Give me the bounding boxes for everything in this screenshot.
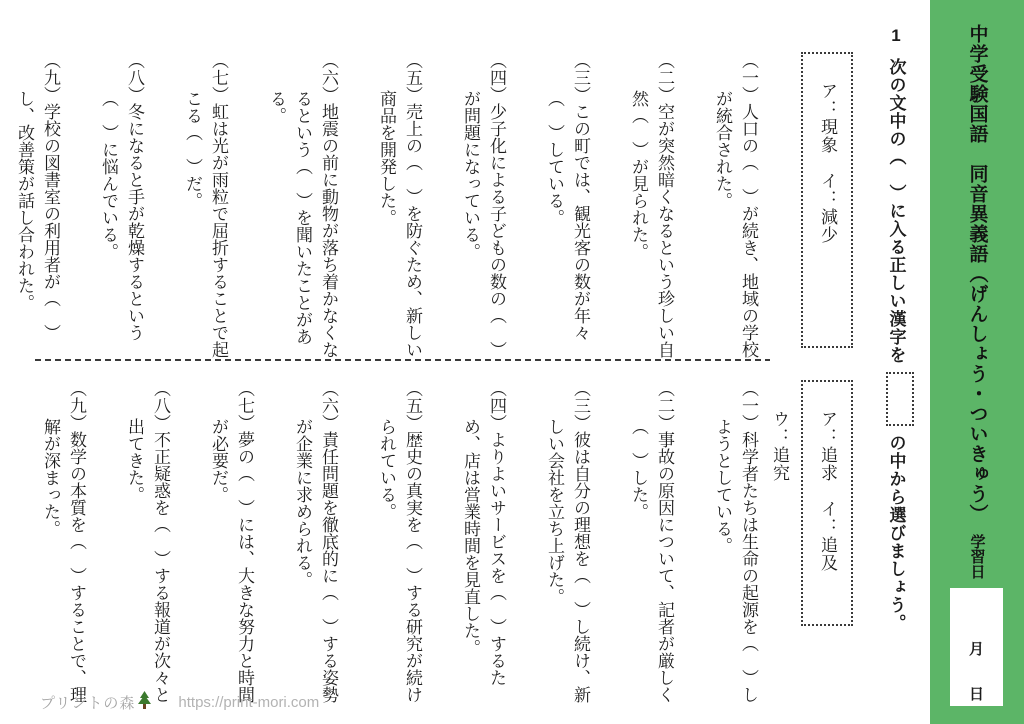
item-text: 地震の前に動物が落ち着かなくなるという（ ）を聞いたことがある。 [267, 90, 338, 358]
item-text: 夢の（ ）には、大きな努力と時間が必要だ。 [209, 418, 254, 703]
choice-list-text: ア：現象 イ：減少 [818, 82, 837, 244]
question-item: （九）学校の図書室の利用者が（ ）し、改善策が話し合われた。 [11, 52, 63, 358]
tree-icon [137, 691, 152, 713]
choice-list-text: ア：追求 イ：追及 ウ：追究 [770, 410, 837, 590]
item-number: （三） [571, 380, 590, 431]
item-text: 少子化による子どもの数の（ ）が問題になっている。 [461, 90, 506, 358]
question-item: （二）事故の原因について、記者が厳しく（ ）した。 [625, 380, 677, 705]
item-text: 冬になると手が乾燥するという（ ）に悩んでいる。 [99, 90, 144, 341]
question-item: （四）少子化による子どもの数の（ ）が問題になっている。 [457, 52, 509, 358]
item-number: （二） [655, 380, 674, 431]
question-item: （四）よりよいサービスを（ ）するため、店は営業時間を見直した。 [457, 380, 509, 705]
item-number: （二） [655, 52, 674, 103]
item-number: （一） [739, 380, 758, 431]
choices-box: ア：現象 イ：減少 [801, 52, 853, 348]
item-text: 事故の原因について、記者が厳しく（ ）した。 [629, 418, 674, 703]
item-text: よりよいサービスを（ ）するため、店は営業時間を見直した。 [461, 418, 506, 686]
question-item: （一）人口の（ ）が続き、地域の学校が統合された。 [709, 52, 761, 358]
question-item: （三）彼は自分の理想を（ ）し続け、新しい会社を立ち上げた。 [541, 380, 593, 705]
choices-box: ア：追求 イ：追及 ウ：追究 [801, 380, 853, 626]
section-tsuikyuu: ア：追求 イ：追及 ウ：追究 （一）科学者たちは生命の起源を（ ）しようとしてい… [35, 380, 853, 705]
item-number: （五） [403, 380, 422, 431]
item-text: 歴史の真実を（ ）する研究が続けられている。 [377, 418, 422, 703]
item-number: （四） [487, 380, 506, 431]
item-number: （八） [125, 52, 144, 103]
item-text: 彼は自分の理想を（ ）し続け、新しい会社を立ち上げた。 [545, 418, 590, 703]
green-banner: 中学受験国語 同音異義語（げんしょう・ついきゅう） 学習日 月 日 [930, 0, 1024, 724]
item-text: 虹は光が雨粒で屈折することで起こる（ ）だ。 [183, 90, 228, 358]
item-number: （一） [739, 52, 758, 103]
question-number: 1 [887, 26, 906, 46]
date-entry-box: 月 日 [950, 588, 1003, 706]
item-number: （三） [571, 52, 590, 103]
content-area: ア：現象 イ：減少 （一）人口の（ ）が続き、地域の学校が統合された。 （二）空… [35, 50, 853, 710]
item-number: （四） [487, 52, 506, 103]
day-label: 日 [969, 683, 984, 704]
question-item: （二）空が突然暗くなるという珍しい自然（ ）が見られた。 [625, 52, 677, 358]
site-name: プリントの森 [40, 692, 135, 713]
question-item: （九）数学の本質を（ ）することで、理解が深まった。 [37, 380, 89, 705]
item-text: この町では、観光客の数が年々（ ）している。 [545, 90, 590, 341]
site-url: https://print-mori.com [178, 694, 319, 711]
item-number: （九） [41, 52, 60, 103]
question-item: （一）科学者たちは生命の起源を（ ）しようとしている。 [709, 380, 761, 705]
study-date-label: 学習日 [967, 534, 988, 579]
question-item: （五）売上の（ ）を防ぐため、新しい商品を開発した。 [373, 52, 425, 358]
item-text: 売上の（ ）を防ぐため、新しい商品を開発した。 [377, 90, 422, 358]
question-item: （七）虹は光が雨粒で屈折することで起こる（ ）だ。 [179, 52, 231, 358]
footer: プリントの森 https://print-mori.com [40, 691, 319, 713]
instruction-text-before: 次の文中の（ ）に入る正しい漢字を [887, 58, 906, 364]
worksheet-title: 中学受験国語 同音異義語（げんしょう・ついきゅう） [964, 24, 991, 524]
question-item: （八）不正疑惑を（ ）する報道が次々と出てきた。 [121, 380, 173, 705]
item-number: （九） [67, 380, 86, 431]
question-item: （六）地震の前に動物が落ち着かなくなるという（ ）を聞いたことがある。 [263, 52, 341, 358]
item-text: 学校の図書室の利用者が（ ）し、改善策が話し合われた。 [15, 90, 60, 341]
question-item: （七）夢の（ ）には、大きな努力と時間が必要だ。 [205, 380, 257, 705]
worksheet-page: 中学受験国語 同音異義語（げんしょう・ついきゅう） 学習日 月 日 1次の文中の… [0, 0, 1024, 724]
question-item: （八）冬になると手が乾燥するという（ ）に悩んでいる。 [95, 52, 147, 358]
item-text: 責任問題を徹底的に（ ）する姿勢が企業に求められる。 [293, 418, 338, 703]
item-number: （五） [403, 52, 422, 103]
item-text: 空が突然暗くなるという珍しい自然（ ）が見られた。 [629, 90, 674, 358]
item-number: （七） [209, 52, 228, 103]
item-text: 人口の（ ）が続き、地域の学校が統合された。 [713, 90, 758, 358]
item-number: （六） [319, 52, 338, 103]
item-text: 科学者たちは生命の起源を（ ）しようとしている。 [713, 418, 758, 703]
inline-answer-blank-box [886, 372, 914, 426]
month-label: 月 [969, 638, 984, 659]
section-genshou: ア：現象 イ：減少 （一）人口の（ ）が続き、地域の学校が統合された。 （二）空… [35, 52, 853, 358]
section-divider [35, 359, 770, 361]
question-item: （五）歴史の真実を（ ）する研究が続けられている。 [373, 380, 425, 705]
question-item: （六）責任問題を徹底的に（ ）する姿勢が企業に求められる。 [289, 380, 341, 705]
instruction-column: 1次の文中の（ ）に入る正しい漢字をの中から選びましょう。 [858, 26, 914, 716]
item-text: 数学の本質を（ ）することで、理解が深まった。 [41, 418, 86, 703]
item-text: 不正疑惑を（ ）する報道が次々と出てきた。 [125, 418, 170, 703]
item-number: （六） [319, 380, 338, 431]
item-number: （八） [151, 380, 170, 431]
question-item: （三）この町では、観光客の数が年々（ ）している。 [541, 52, 593, 358]
instruction-text-after: の中から選びましょう。 [887, 434, 906, 632]
item-number: （七） [235, 380, 254, 431]
